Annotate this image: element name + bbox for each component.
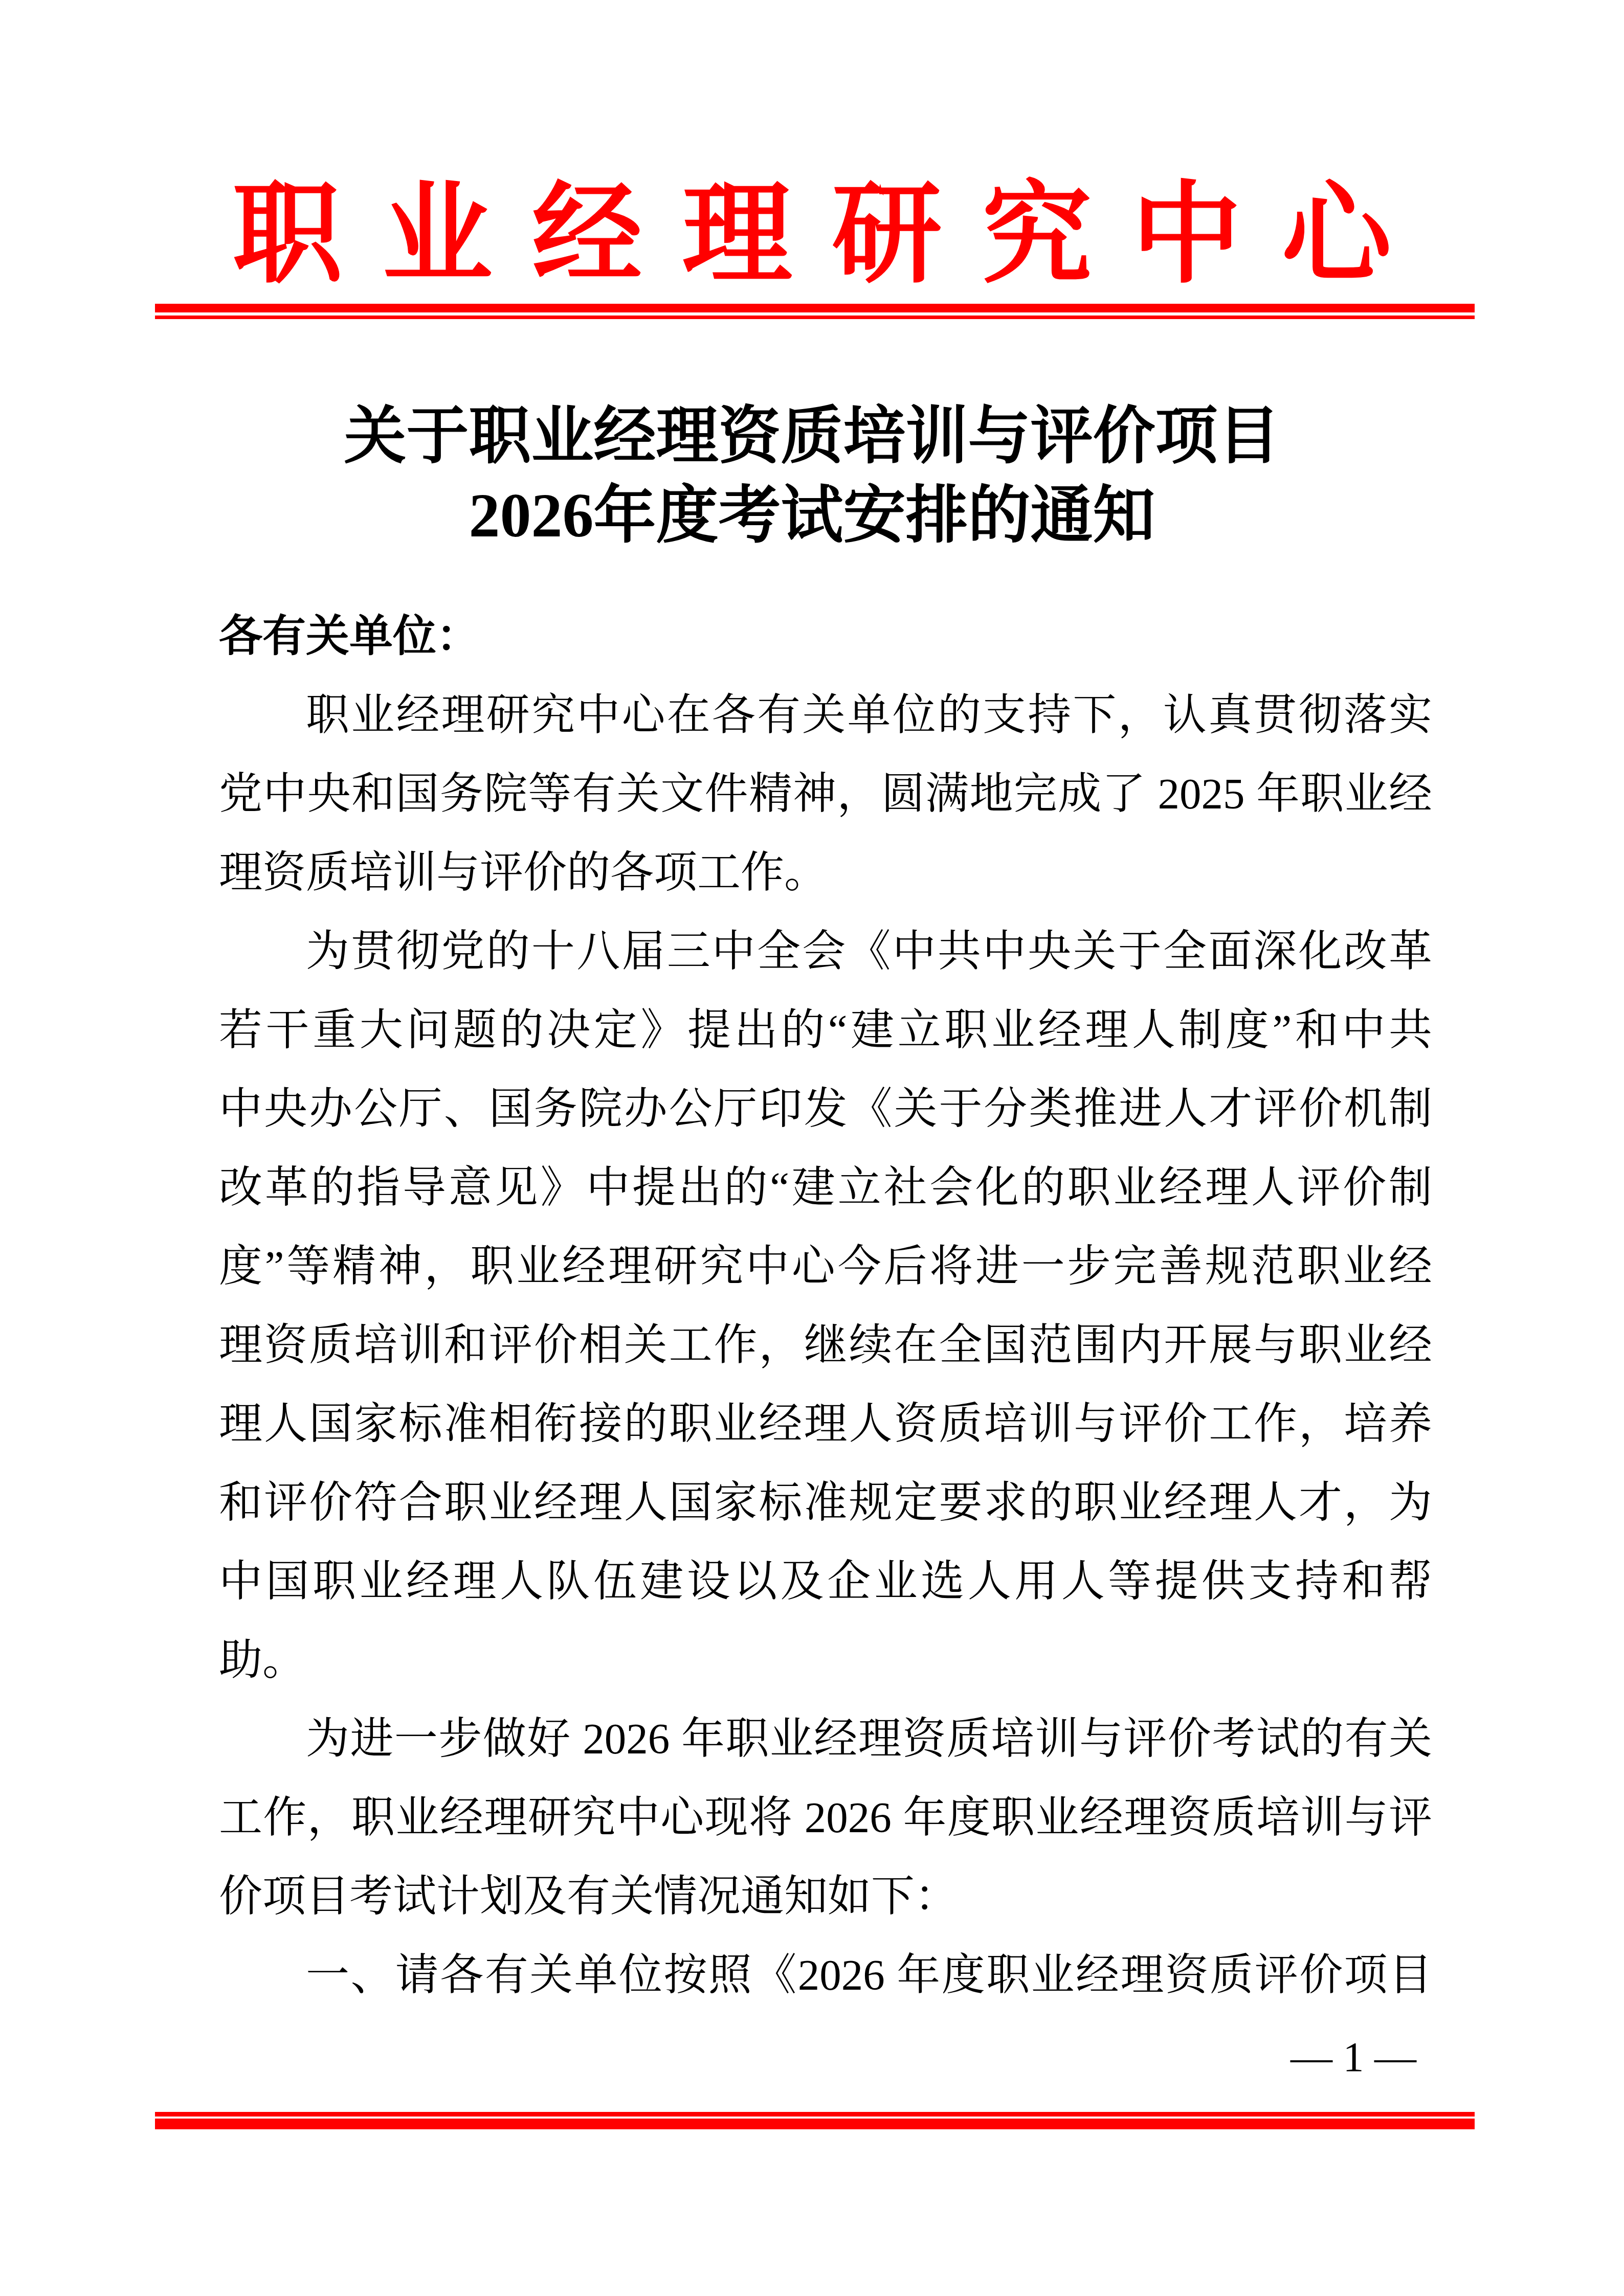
body-line: 一、请各有关单位按照《2026 年度职业经理资质评价项目 xyxy=(219,1936,1432,2015)
body-line: 若干重大问题的决定》提出的“建立职业经理人制度”和中共 xyxy=(219,991,1432,1070)
header-rule-thin xyxy=(155,316,1475,319)
body-line: 为进一步做好 2026 年职业经理资质培训与评价考试的有关 xyxy=(219,1700,1432,1779)
body-line: 度”等精神，职业经理研究中心今后将进一步完善规范职业经 xyxy=(219,1227,1432,1306)
title-line-2: 2026年度考试安排的通知 xyxy=(0,476,1624,555)
salutation-line: 各有关单位： xyxy=(219,597,1432,676)
body-line: 中央办公厅、国务院办公厅印发《关于分类推进人才评价机制 xyxy=(219,1070,1432,1149)
document-page: 职业经理研究中心 关于职业经理资质培训与评价项目 2026年度考试安排的通知 各… xyxy=(0,0,1624,2296)
footer-rule-thick xyxy=(155,2119,1475,2129)
body-line: 党中央和国务院等有关文件精神，圆满地完成了 2025 年职业经 xyxy=(219,755,1432,834)
document-title: 关于职业经理资质培训与评价项目 2026年度考试安排的通知 xyxy=(0,397,1624,555)
document-header-org-name: 职业经理研究中心 xyxy=(0,180,1624,290)
body-line: 理资质培训和评价相关工作，继续在全国范围内开展与职业经 xyxy=(219,1306,1432,1385)
body-line: 中国职业经理人队伍建设以及企业选人用人等提供支持和帮 xyxy=(219,1542,1432,1621)
footer-rule-thin xyxy=(155,2112,1475,2117)
title-line-1: 关于职业经理资质培训与评价项目 xyxy=(0,397,1624,476)
body-line: 理资质培训与评价的各项工作。 xyxy=(219,834,1432,912)
page-number: — 1 — xyxy=(1279,2033,1428,2082)
document-body: 各有关单位：职业经理研究中心在各有关单位的支持下，认真贯彻落实党中央和国务院等有… xyxy=(219,597,1432,2015)
org-name-text: 职业经理研究中心 xyxy=(233,180,1432,290)
body-line: 助。 xyxy=(219,1621,1432,1700)
body-line: 改革的指导意见》中提出的“建立社会化的职业经理人评价制 xyxy=(219,1149,1432,1227)
body-line: 职业经理研究中心在各有关单位的支持下，认真贯彻落实 xyxy=(219,676,1432,755)
body-line: 和评价符合职业经理人国家标准规定要求的职业经理人才，为 xyxy=(219,1464,1432,1542)
body-line: 理人国家标准相衔接的职业经理人资质培训与评价工作，培养 xyxy=(219,1385,1432,1464)
header-rule-thick xyxy=(155,304,1475,312)
body-line: 价项目考试计划及有关情况通知如下： xyxy=(219,1857,1432,1936)
body-line: 工作，职业经理研究中心现将 2026 年度职业经理资质培训与评 xyxy=(219,1779,1432,1857)
body-line: 为贯彻党的十八届三中全会《中共中央关于全面深化改革 xyxy=(219,912,1432,991)
